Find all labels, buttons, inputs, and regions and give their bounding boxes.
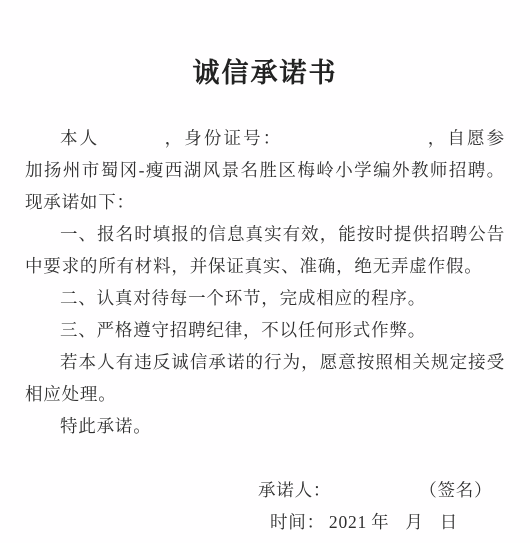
pledge-document-page: 诚信承诺书 本人，身份证号：，自愿参加扬州市蜀冈-瘦西湖风景名胜区梅岭小学编外教… [0,0,530,543]
year-unit-label: 年 [371,512,389,532]
date-year: 2021 [329,512,367,532]
day-unit-label: 日 [440,512,458,532]
signature-blank-field [331,495,419,496]
pledge-item-3: 三、严格遵守招聘纪律，不以任何形式作弊。 [25,314,505,346]
signature-hint: （签名） [419,480,492,500]
violation-clause: 若本人有违反诚信承诺的行为，愿意按照相关规定接受相应处理。 [25,346,505,410]
day-blank-field [424,527,440,528]
document-body: 本人，身份证号：，自愿参加扬州市蜀冈-瘦西湖风景名胜区梅岭小学编外教师招聘。现承… [25,122,505,442]
closing-statement: 特此承诺。 [25,410,505,442]
month-unit-label: 月 [405,512,423,532]
intro-paragraph: 本人，身份证号：，自愿参加扬州市蜀冈-瘦西湖风景名胜区梅岭小学编外教师招聘。现承… [25,122,505,218]
document-title: 诚信承诺书 [0,0,530,89]
pledge-item-2: 二、认真对待每一个环节，完成相应的程序。 [25,282,505,314]
pledge-item-1: 一、报名时填报的信息真实有效，能按时提供招聘公告中要求的所有材料，并保证真实、准… [25,218,505,282]
id-number-blank-field [282,143,426,144]
month-blank-field [389,527,405,528]
id-number-label: ，身份证号： [163,128,282,148]
intro-prefix: 本人 [60,128,99,148]
date-row: 时间：2021年月日 [270,506,530,538]
date-label: 时间： [270,512,325,532]
signer-label: 承诺人： [258,480,331,500]
name-blank-field [99,143,163,144]
signature-row: 承诺人：（签名） [258,474,530,506]
